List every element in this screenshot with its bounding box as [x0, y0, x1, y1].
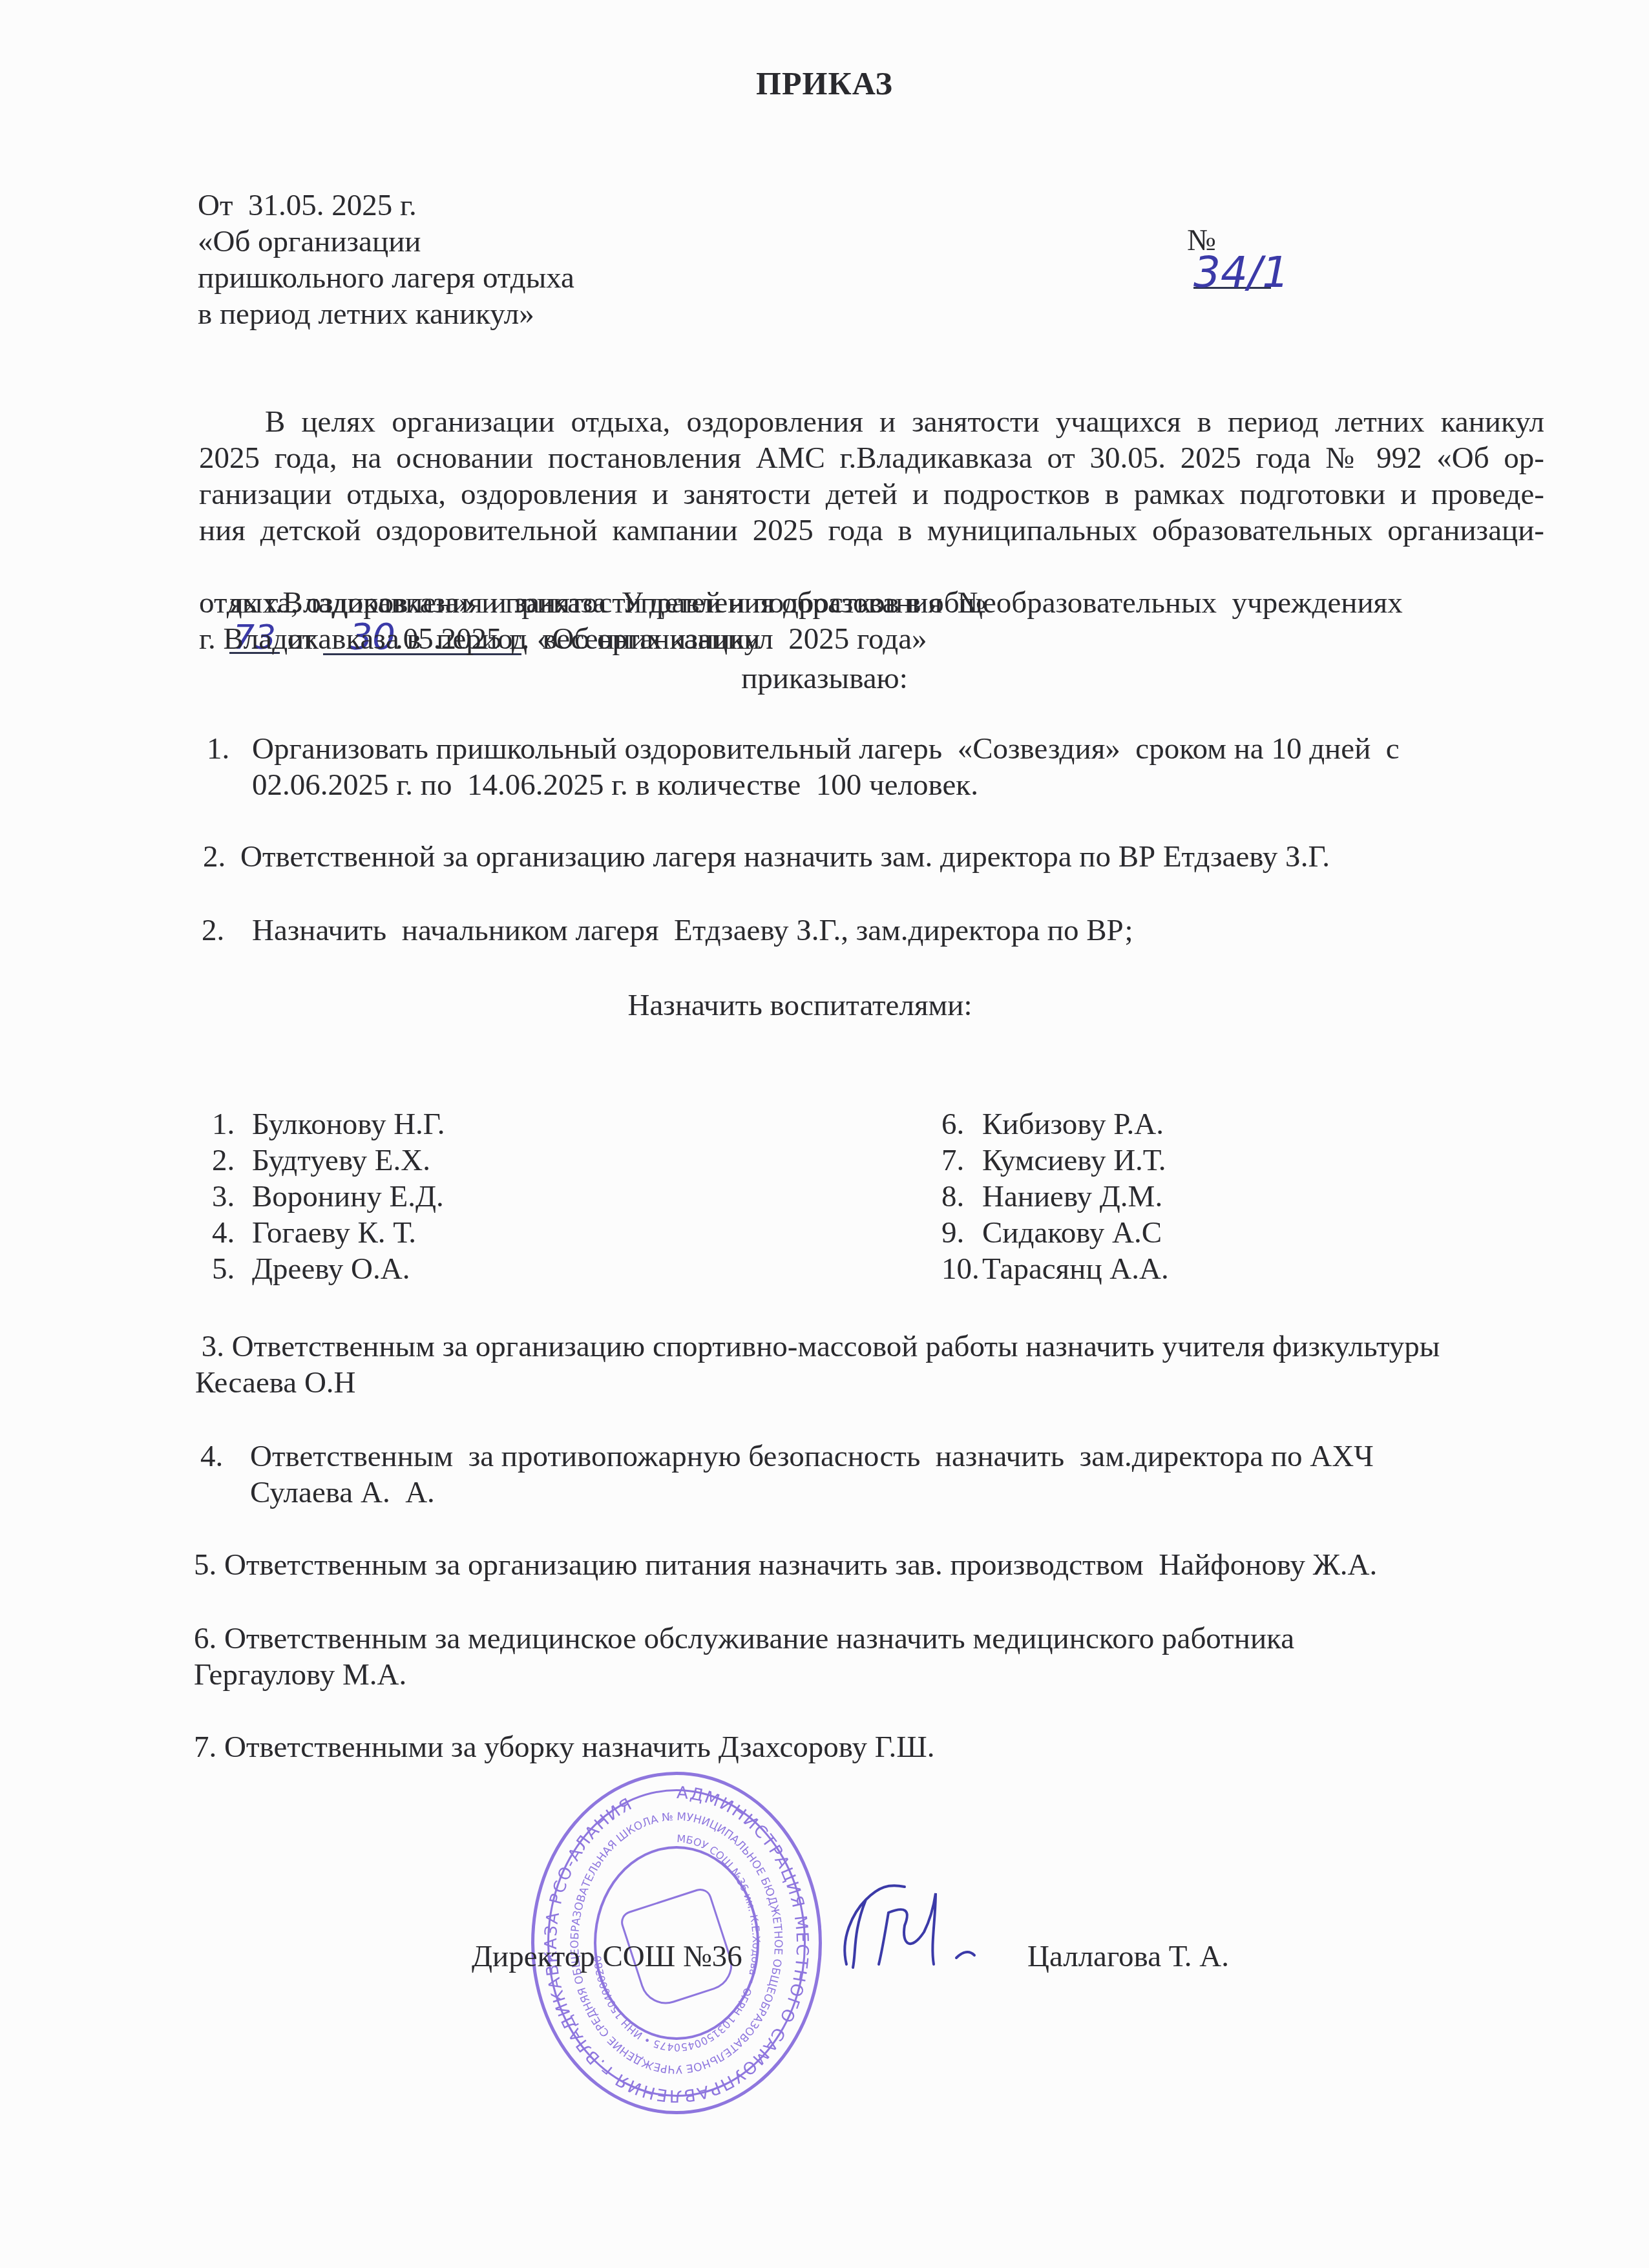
- item-7: 7. Ответственными за уборку назначить Дз…: [194, 1729, 934, 1765]
- item-2-number: 2.: [203, 839, 226, 875]
- educator-10-number: 10.: [941, 1251, 980, 1287]
- educator-1-number: 1.: [212, 1106, 235, 1142]
- preamble-line-1: В целях организации отдыха, оздоровления…: [265, 404, 1544, 440]
- item-4-line-1: Ответственным за противопожарную безопас…: [250, 1438, 1374, 1475]
- item-3-line-1: 3. Ответственным за организацию спортивн…: [194, 1328, 1440, 1365]
- item-4-number: 4.: [200, 1438, 223, 1475]
- educator-5-number: 5.: [212, 1251, 235, 1287]
- item-1-line-1: Организовать пришкольный оздоровительный…: [252, 731, 1400, 767]
- subject-line-3: в период летних каникул»: [198, 296, 534, 332]
- item-2-text: Ответственной за организацию лагеря назн…: [240, 839, 1330, 875]
- educator-7-name: Кумсиеву И.Т.: [982, 1142, 1166, 1179]
- document-page: ПРИКАЗ От 31.05. 2025 г. № 34/1 «Об орга…: [0, 0, 1649, 2268]
- educator-1-name: Булконову Н.Г.: [252, 1106, 445, 1142]
- educator-6-name: Кибизову Р.А.: [982, 1106, 1164, 1142]
- preamble-line-7: г. Владикавказа в период весенних канику…: [199, 621, 927, 657]
- item-6-line-1: 6. Ответственным за медицинское обслужив…: [194, 1621, 1294, 1657]
- order-number: № 34/1: [1157, 186, 1271, 331]
- preamble-line-3: ганизации отдыха, оздоровления и занятос…: [199, 476, 1544, 512]
- educator-8-name: Наниеву Д.М.: [982, 1179, 1162, 1215]
- item-1-line-2-text: 02.06.2025 г. по 14.06.2025 г. в количес…: [252, 767, 978, 803]
- educator-2-name: Будтуеву Е.Х.: [252, 1142, 430, 1179]
- signatory-position: Директор СОШ №36: [472, 1938, 742, 1975]
- educator-6-number: 6.: [941, 1106, 964, 1142]
- handwritten-order-number: 34/1: [1193, 258, 1271, 289]
- educator-10-name: Тарасянц А.А.: [982, 1251, 1169, 1287]
- signatory-name: Цаллагова Т. А.: [1027, 1938, 1229, 1975]
- educator-8-number: 8.: [941, 1179, 964, 1215]
- educator-9-name: Сидакову А.С: [982, 1215, 1162, 1251]
- item-1-number: 1.: [207, 731, 229, 767]
- item-2b-number: 2.: [202, 912, 224, 949]
- educator-3-name: Воронину Е.Д.: [252, 1179, 444, 1215]
- educator-9-number: 9.: [941, 1215, 964, 1251]
- item-6-line-2: Гергаулову М.А.: [194, 1657, 406, 1693]
- item-5: 5. Ответственным за организацию питания …: [194, 1547, 1377, 1583]
- educator-5-name: Дрееву О.А.: [252, 1251, 410, 1287]
- order-word: приказываю:: [0, 660, 1649, 697]
- educators-heading: Назначить воспитателями:: [0, 987, 1624, 1024]
- educator-4-name: Гогаеву К. Т.: [252, 1215, 416, 1251]
- preamble-line-6: отдыха, оздоровления и занятости детей и…: [199, 585, 1403, 621]
- preamble-line-4: ния детской оздоровительной кампании 202…: [199, 512, 1544, 549]
- item-4-line-2: Сулаева А. А.: [250, 1475, 435, 1511]
- subject-line-2: пришкольного лагеря отдыха: [198, 260, 574, 296]
- item-2b-text: Назначить начальником лагеря Етдзаеву З.…: [252, 912, 1133, 949]
- educator-2-number: 2.: [212, 1142, 235, 1179]
- subject-line-1: «Об организации: [198, 224, 421, 260]
- preamble-line-2: 2025 года, на основании постановления АМ…: [199, 440, 1544, 476]
- order-date: От 31.05. 2025 г.: [198, 187, 417, 224]
- educator-7-number: 7.: [941, 1142, 964, 1179]
- educator-3-number: 3.: [212, 1179, 235, 1215]
- educator-4-number: 4.: [212, 1215, 235, 1251]
- document-title: ПРИКАЗ: [0, 65, 1649, 102]
- handwritten-signature-icon: [827, 1874, 995, 1971]
- item-3-line-2: Кесаева О.Н: [195, 1365, 356, 1401]
